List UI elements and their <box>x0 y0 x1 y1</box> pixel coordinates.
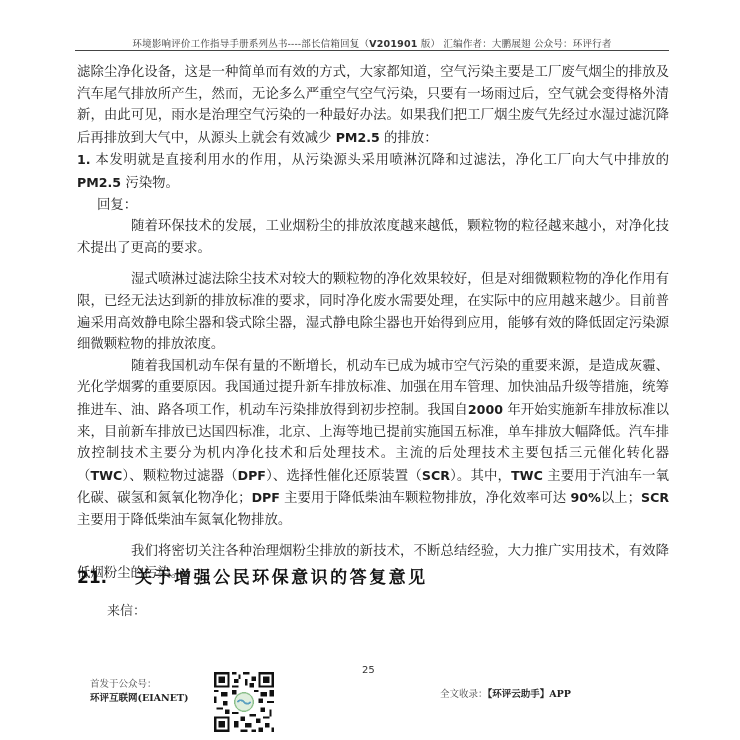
section-title-text: 关于增强公民环保意识的答复意见 <box>135 568 428 588</box>
header-title-suffix: 版） 汇编作者：大鹏展翅 公众号：环评行者 <box>418 39 612 50</box>
section-number: 21. <box>77 568 107 588</box>
paragraph-reply-3: 随着我国机动车保有量的不断增长，机动车已成为城市空气污染的重要来源，是造成灰霾、… <box>77 356 669 532</box>
text-run: 的排放： <box>380 131 438 146</box>
text-run: ）、颗粒物过滤器（ <box>122 469 237 484</box>
paragraph-reply-2: 湿式喷淋过滤法除尘技术对较大的颗粒物的净化效果较好，但是对细微颗粒物的净化作用有… <box>77 269 669 355</box>
incoming-letter-label: 来信： <box>107 600 146 619</box>
text-run-abbr: TWC <box>91 468 123 483</box>
text-run: 污染物。 <box>121 176 179 191</box>
text-run: 以上； <box>601 491 641 506</box>
footer-publisher-label: 首发于公众号： <box>90 678 189 692</box>
document-page: 环境影响评价工作指导手册系列丛书----部长信箱回复（V201901 版） 汇编… <box>0 0 740 740</box>
section-heading: 21.关于增强公民环保意识的答复意见 <box>77 563 428 588</box>
footer-publisher-name: 环评互联网(EIANET) <box>90 692 189 706</box>
text-run: 本发明就是直接利用水的作用，从污染源头采用喷淋沉降和过滤法，净化工厂向大气中排放… <box>91 153 669 168</box>
reply-label: 回复： <box>77 195 669 217</box>
text-run-abbr: SCR <box>422 468 450 483</box>
running-header: 环境影响评价工作指导手册系列丛书----部长信箱回复（V201901 版） 汇编… <box>75 36 669 50</box>
footer-app-name: 【环评云助手】APP <box>488 689 571 700</box>
text-run: 主要用于降低柴油车颗粒物排放，净化效率可达 <box>280 491 571 506</box>
text-run-year: 2000 <box>468 402 503 417</box>
paragraph-reply-1: 随着环保技术的发展，工业烟粉尘的排放浓度越来越低，颗粒物的粒径越来越小，对净化技… <box>77 216 669 259</box>
text-run: 主要用于降低柴油车氮氧化物排放。 <box>77 513 291 528</box>
list-number: 1. <box>77 152 91 167</box>
text-run-percent: 90% <box>571 490 601 505</box>
text-run-pm25: PM2.5 <box>77 175 121 190</box>
text-run-pm25: PM2.5 <box>336 130 380 145</box>
text-run-abbr: TWC <box>511 468 543 483</box>
paragraph-letter-continued: 滤除尘净化设备，这是一种简单而有效的方式，大家都知道，空气污染主要是工厂废气烟尘… <box>77 62 669 195</box>
footer-app-note: 全文收录：【环评云助手】APP <box>440 686 571 700</box>
qr-code-icon <box>212 670 276 734</box>
body-text: 滤除尘净化设备，这是一种简单而有效的方式，大家都知道，空气污染主要是工厂废气烟尘… <box>77 62 669 585</box>
footer-app-label: 全文收录： <box>440 689 488 700</box>
header-title-prefix: 环境影响评价工作指导手册系列丛书----部长信箱回复（ <box>132 39 369 50</box>
text-run-abbr: DPF <box>238 468 266 483</box>
text-run: ）、选择性催化还原装置（ <box>266 469 422 484</box>
text-run-abbr: SCR <box>641 490 669 505</box>
header-divider <box>75 50 669 51</box>
header-version: V201901 <box>369 39 417 50</box>
text-run: ）。其中， <box>450 469 511 484</box>
text-run-abbr: DPF <box>252 490 280 505</box>
footer-publisher: 首发于公众号： 环评互联网(EIANET) <box>90 678 189 706</box>
page-number: 25 <box>362 665 375 676</box>
